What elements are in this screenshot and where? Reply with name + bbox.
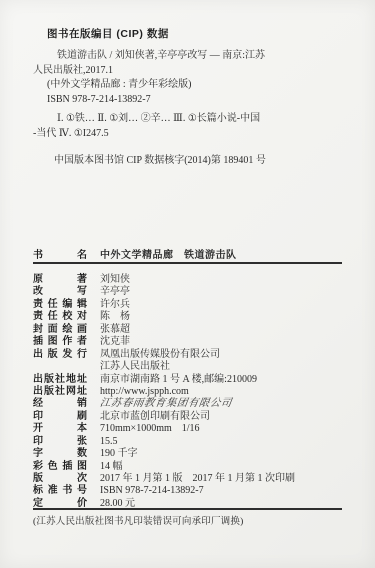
- book-title-row: 书名 中外文学精品廊 铁道游击队: [33, 246, 342, 261]
- cip-header: 图书在版编目 (CIP) 数据: [47, 26, 169, 41]
- cip-description: 铁道游击队 / 刘知侠著,辛亭亭改写 — 南京:江苏 人民出版社,2017.1 …: [33, 49, 339, 107]
- info-value: 南京市湖南路 1 号 A 楼,邮编:210009: [100, 370, 342, 385]
- info-value: 710mm×1000mm 1/16: [100, 419, 342, 434]
- footer-note: (江苏人民出版社图书凡印装错误可向承印厂调换): [33, 513, 243, 527]
- info-label: 定价: [33, 494, 87, 509]
- cip-registration: 中国版本图书馆 CIP 数据核字(2014)第 189401 号: [54, 151, 266, 166]
- divider-line-top: [33, 262, 342, 264]
- cip-classification: Ⅰ. ①铁… Ⅱ. ①刘… ②辛… Ⅲ. ①长篇小说-中国 -当代 Ⅳ. ①I2…: [33, 111, 339, 141]
- info-label: 书名: [33, 246, 87, 261]
- info-value: 江苏春雨教育集团有限公司: [99, 395, 343, 410]
- cip-description-line: 铁道游击队 / 刘知侠著,辛亭亭改写 — 南京:江苏: [33, 49, 339, 64]
- book-info-row: 出版社地址 南京市湖南路 1 号 A 楼,邮编:210009: [33, 370, 342, 382]
- info-label: 出版发行: [33, 345, 87, 360]
- book-info-row: 责任校对 陈 杨: [33, 307, 342, 319]
- cip-isbn-line: ISBN 978-7-214-13892-7: [33, 93, 339, 108]
- book-info-row: 改写 辛亭亭: [33, 282, 342, 294]
- info-value: 2017 年 1 月第 1 版 2017 年 1 月第 1 次印刷: [100, 469, 342, 484]
- cip-series-line: (中外文学精品廊 : 青少年彩绘版): [33, 78, 339, 93]
- cip-description-line: 人民出版社,2017.1: [33, 64, 339, 79]
- info-value: 28.00 元: [100, 494, 342, 509]
- book-info-row: 彩色插图 14 幅: [33, 457, 342, 469]
- book-info-rows: 原著 刘知侠 改写 辛亭亭 责任编辑 许尔兵 责任校对 陈 杨 封面绘画 张慕超…: [33, 270, 342, 506]
- cip-classification-line: -当代 Ⅳ. ①I247.5: [33, 126, 339, 141]
- cip-classification-line: Ⅰ. ①铁… Ⅱ. ①刘… ②辛… Ⅲ. ①长篇小说-中国: [33, 111, 339, 126]
- book-info-row: 开本 710mm×1000mm 1/16: [33, 419, 342, 431]
- book-info-row: 责任编辑 许尔兵: [33, 295, 342, 307]
- book-info-row: 原著 刘知侠: [33, 270, 342, 282]
- book-info-row: 出版发行 凤凰出版传媒股份有限公司: [33, 345, 342, 357]
- book-title-value: 中外文学精品廊 铁道游击队: [100, 246, 342, 261]
- book-info-row: 字数 190 千字: [33, 444, 342, 456]
- divider-line-bottom: [33, 508, 342, 510]
- book-info-row: 插图作者 沈克菲: [33, 332, 342, 344]
- book-info-row: 经销 江苏春雨教育集团有限公司: [33, 394, 342, 406]
- book-info-row: 定价 28.00 元: [33, 494, 342, 506]
- book-info-row: 封面绘画 张慕超: [33, 320, 342, 332]
- copyright-page: 图书在版编目 (CIP) 数据 铁道游击队 / 刘知侠著,辛亭亭改写 — 南京:…: [0, 0, 375, 568]
- book-info-row: 版次 2017 年 1 月第 1 版 2017 年 1 月第 1 次印刷: [33, 469, 342, 481]
